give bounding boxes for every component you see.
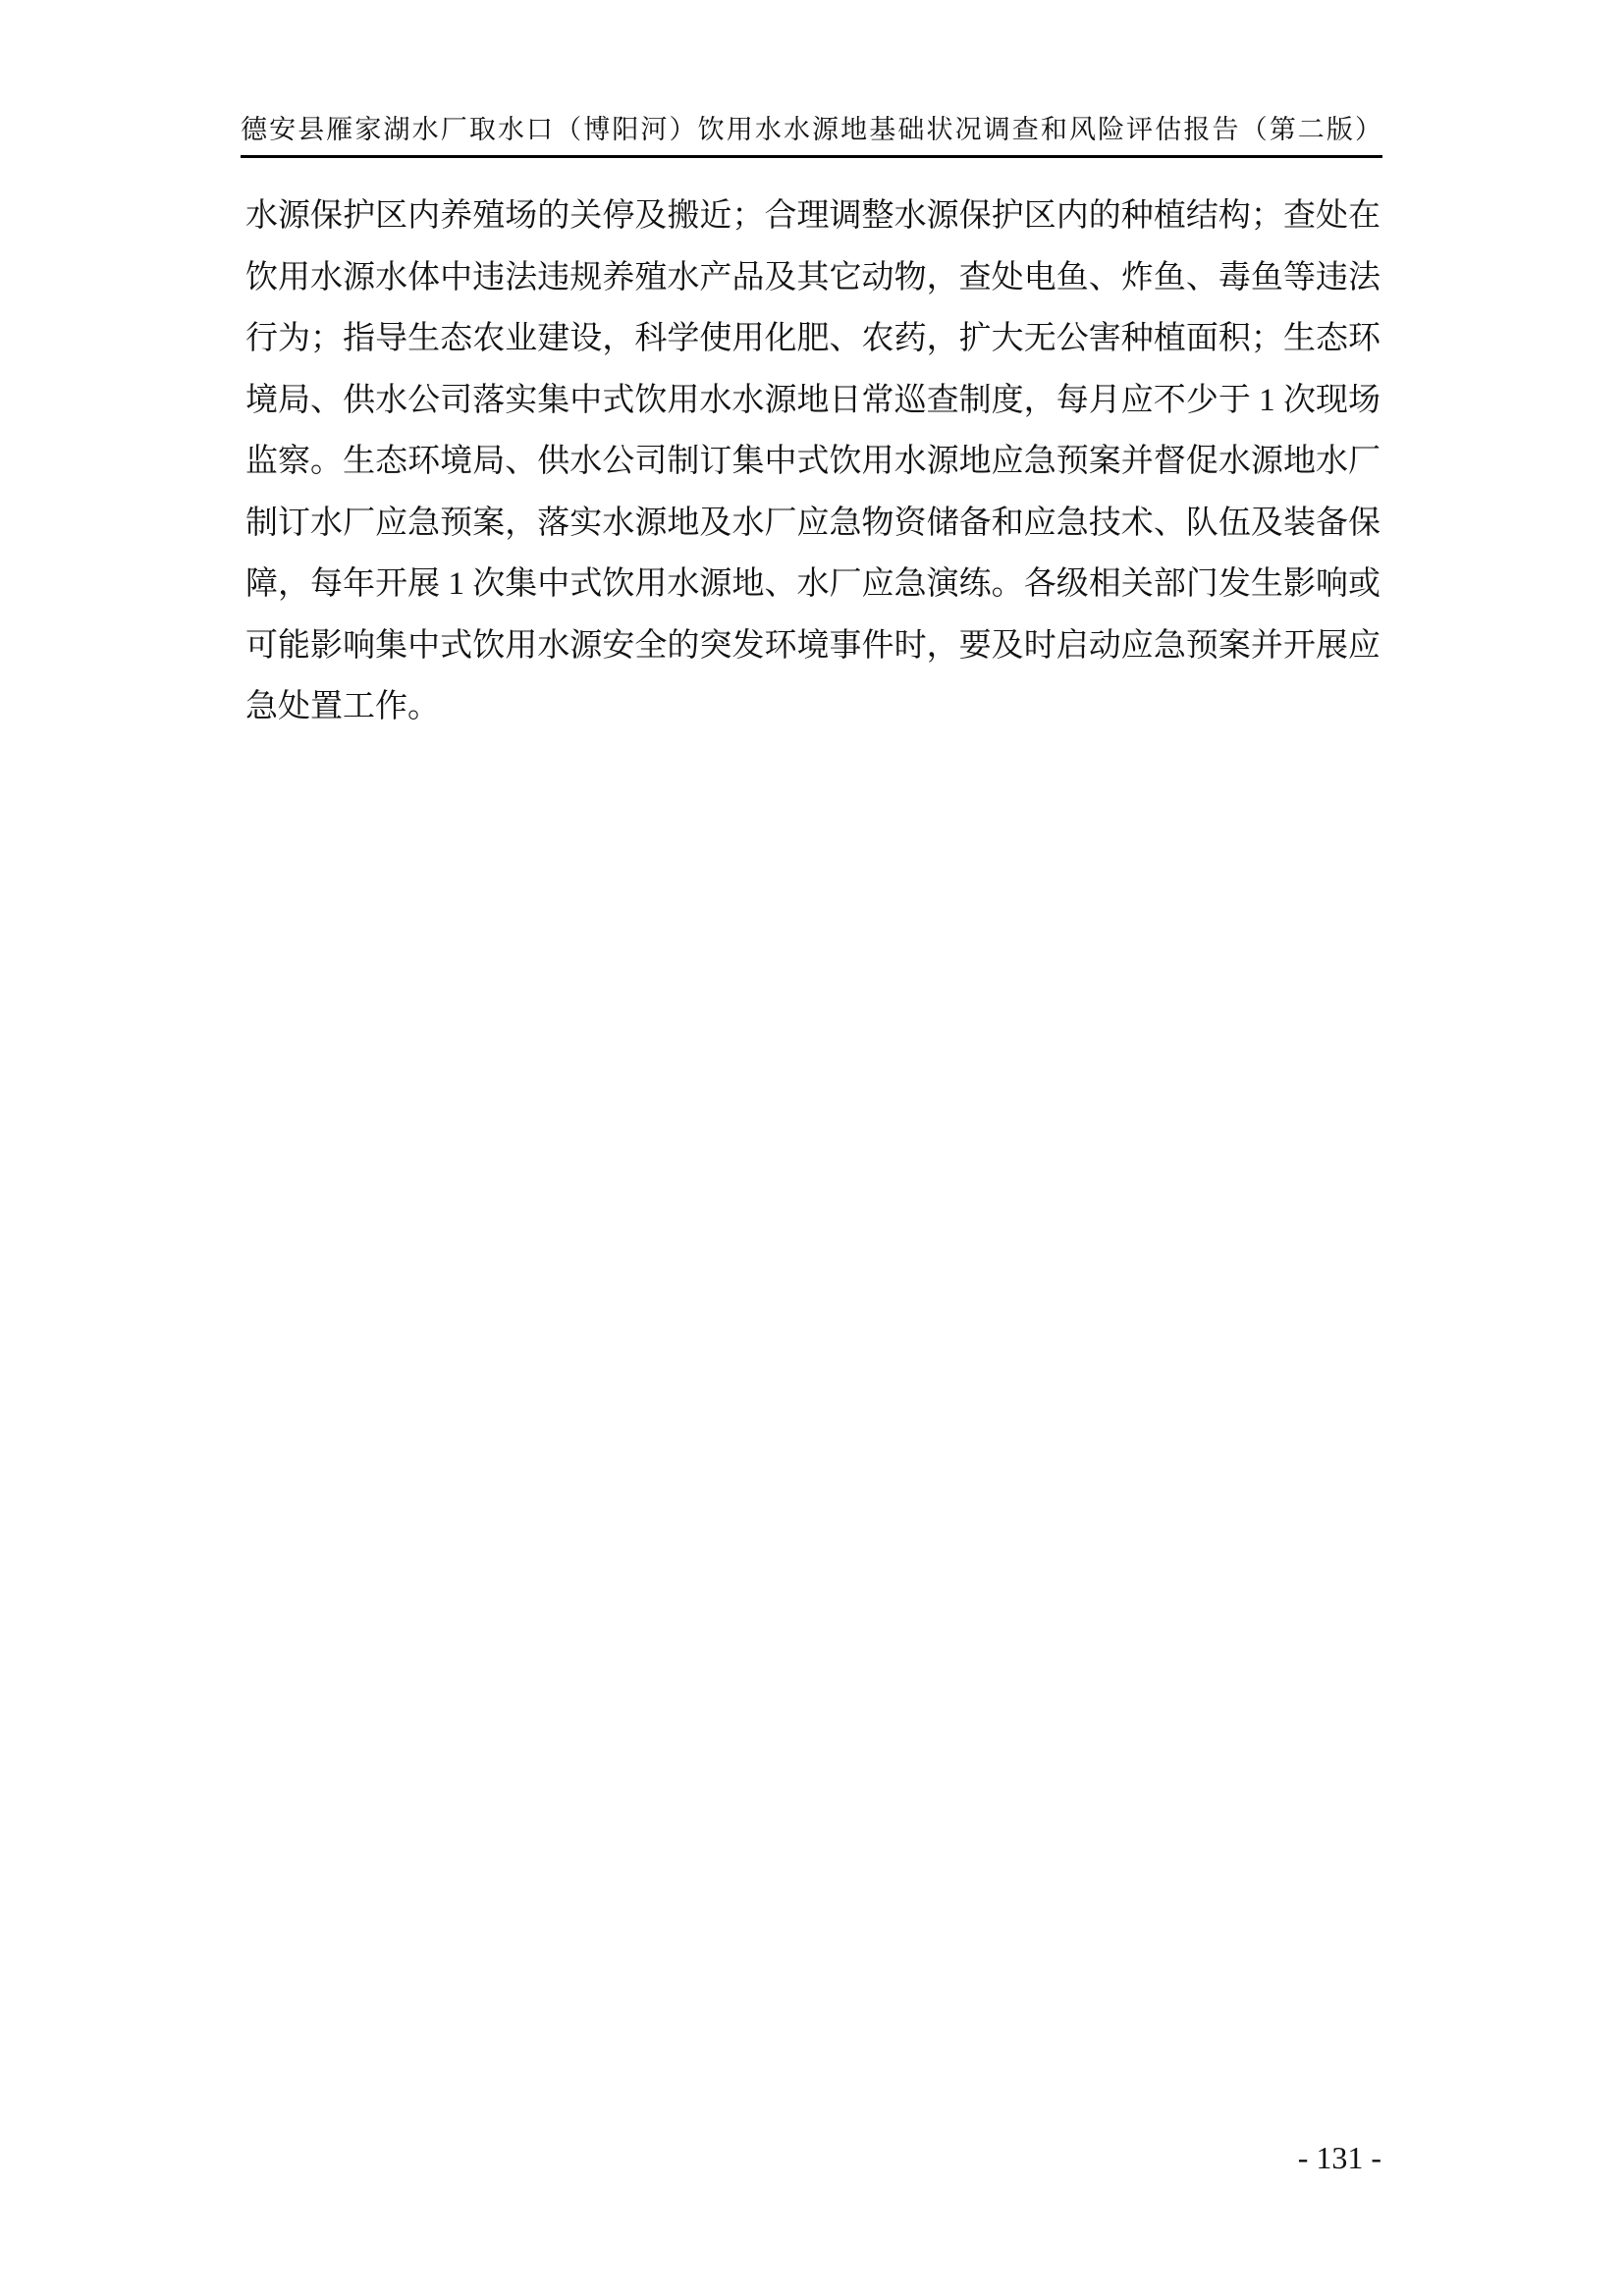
paragraph-line: 可能影响集中式饮用水源安全的突发环境事件时，要及时启动应急预案并开展应 (245, 615, 1380, 677)
paragraph-line: 饮用水源水体中违法违规养殖水产品及其它动物，查处电鱼、炸鱼、毒鱼等违法 (245, 247, 1380, 309)
paragraph-line: 境局、供水公司落实集中式饮用水水源地日常巡查制度，每月应不少于 1 次现场 (245, 370, 1380, 432)
paragraph-line: 水源保护区内养殖场的关停及搬近；合理调整水源保护区内的种植结构；查处在 (245, 186, 1380, 247)
paragraph-line: 制订水厂应急预案，落实水源地及水厂应急物资储备和应急技术、队伍及装备保 (245, 493, 1380, 555)
page-number: - 131 - (1298, 2140, 1381, 2175)
document-page: 德安县雁家湖水厂取水口（博阳河）饮用水水源地基础状况调查和风险评估报告（第二版）… (0, 0, 1624, 2296)
paragraph-line: 行为；指导生态农业建设，科学使用化肥、农药，扩大无公害种植面积；生态环 (245, 308, 1380, 370)
paragraph-line: 监察。生态环境局、供水公司制订集中式饮用水源地应急预案并督促水源地水厂 (245, 431, 1380, 493)
paragraph-line: 障，每年开展 1 次集中式饮用水源地、水厂应急演练。各级相关部门发生影响或 (245, 554, 1380, 615)
body-paragraph: 水源保护区内养殖场的关停及搬近；合理调整水源保护区内的种植结构；查处在 饮用水源… (245, 186, 1380, 738)
paragraph-line: 急处置工作。 (245, 676, 1380, 738)
header-divider-rule (241, 155, 1382, 158)
page-header-title: 德安县雁家湖水厂取水口（博阳河）饮用水水源地基础状况调查和风险评估报告（第二版） (241, 110, 1382, 149)
